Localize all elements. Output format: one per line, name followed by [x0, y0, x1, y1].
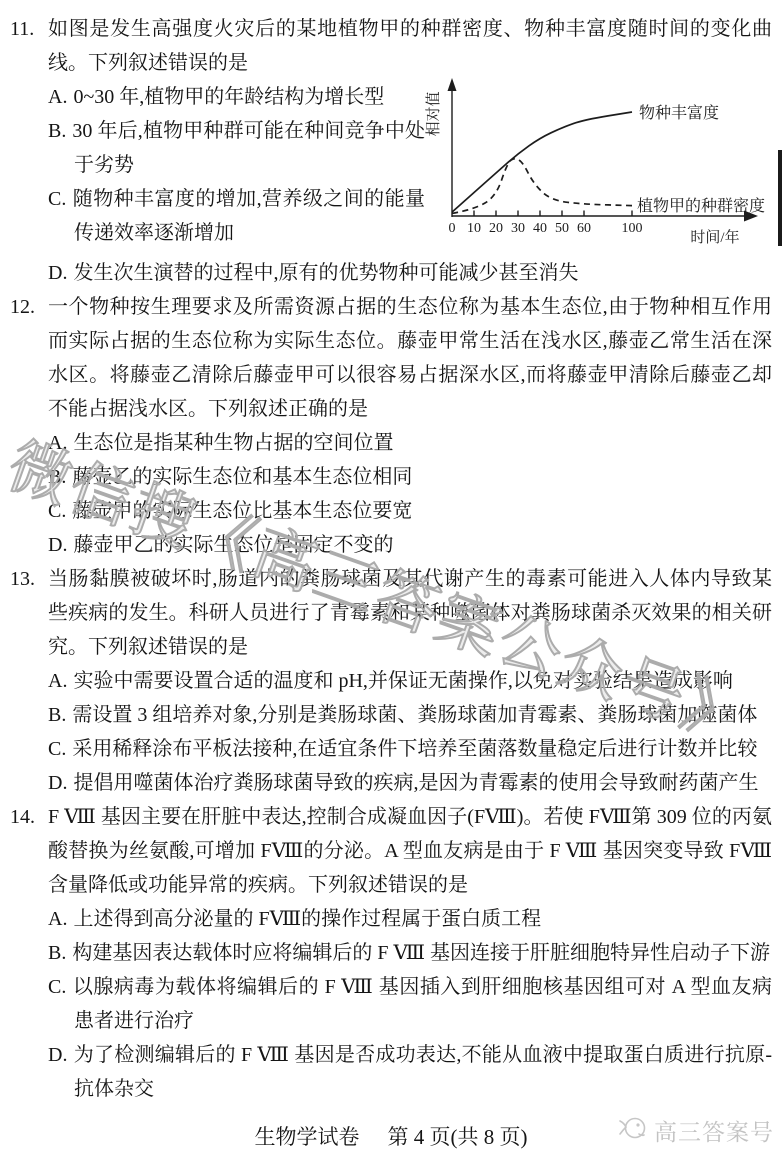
option-text: 提倡用噬菌体治疗粪肠球菌导致的疾病,是因为青霉素的使用会导致耐药菌产生 — [73, 772, 758, 794]
option-label: C. — [48, 976, 66, 998]
publisher-label: 高三答案号 — [654, 1116, 774, 1150]
x-tick-label: 10 — [467, 221, 481, 236]
density-curve-label: 植物甲的种群密度 — [637, 197, 765, 215]
question-stem: 12. 一个物种按生理要求及所需资源占据的生态位称为基本生态位,由于物种相互作用… — [10, 290, 772, 426]
question-number: 14. — [10, 800, 35, 834]
option-row: D.藤壶甲乙的实际生态位是固定不变的 — [10, 528, 772, 562]
x-tick-label: 0 — [449, 221, 456, 236]
succession-line-chart: 相对值 时间/年 0102030405060100 物种丰富度 植物甲的种群密度 — [427, 78, 772, 256]
density-curve — [452, 159, 632, 214]
chart-series — [452, 112, 632, 213]
exam-page: 11. 如图是发生高强度火灾后的某地植物甲的种群密度、物种丰富度随时间的变化曲线… — [0, 0, 782, 1168]
option-row: A.生态位是指某种生物占据的空间位置 — [10, 426, 772, 460]
question-12: 12. 一个物种按生理要求及所需资源占据的生态位称为基本生态位,由于物种相互作用… — [10, 290, 772, 562]
x-tick-label: 40 — [533, 221, 547, 236]
x-tick-label: 50 — [555, 221, 569, 236]
option-row: A.上述得到高分泌量的 FⅧ的操作过程属于蛋白质工程 — [10, 902, 772, 936]
option-row: D.提倡用噬菌体治疗粪肠球菌导致的疾病,是因为青霉素的使用会导致耐药菌产生 — [10, 766, 772, 800]
paper-title: 生物学试卷 — [255, 1125, 360, 1149]
question-number: 11. — [10, 12, 34, 46]
option-text: 0~30 年,植物甲的年龄结构为增长型 — [73, 86, 384, 108]
x-tick-label: 20 — [489, 221, 503, 236]
option-text: 藤壶甲乙的实际生态位是固定不变的 — [73, 534, 393, 556]
option-label: A. — [48, 86, 67, 108]
question-stem-text: 如图是发生高强度火灾后的某地植物甲的种群密度、物种丰富度随时间的变化曲线。下列叙… — [48, 18, 772, 74]
option-row: B.需设置 3 组培养对象,分别是粪肠球菌、粪肠球菌加青霉素、粪肠球菌加噬菌体 — [10, 698, 772, 732]
question-11-body: A.0~30 年,植物甲的年龄结构为增长型 B.30 年后,植物甲种群可能在种间… — [10, 80, 772, 256]
option-row: A.0~30 年,植物甲的年龄结构为增长型 — [10, 80, 425, 114]
option-text: 30 年后,植物甲种群可能在种间竞争中处于劣势 — [72, 120, 425, 176]
x-axis-ticks: 0102030405060100 — [449, 211, 643, 237]
option-text: 上述得到高分泌量的 FⅧ的操作过程属于蛋白质工程 — [73, 908, 541, 930]
option-row: B.藤壶乙的实际生态位和基本生态位相同 — [10, 460, 772, 494]
x-tick-label: 30 — [511, 221, 525, 236]
y-axis-label: 相对值 — [424, 91, 442, 136]
question-11: 11. 如图是发生高强度火灾后的某地植物甲的种群密度、物种丰富度随时间的变化曲线… — [10, 12, 772, 290]
option-label: A. — [48, 670, 67, 692]
option-row: D.发生次生演替的过程中,原有的优势物种可能减少甚至消失 — [10, 256, 772, 290]
option-label: A. — [48, 908, 67, 930]
question-number: 12. — [10, 290, 35, 324]
option-label: C. — [48, 738, 66, 760]
option-label: B. — [48, 942, 66, 964]
option-text: 实验中需要设置合适的温度和 pH,并保证无菌操作,以免对实验结果造成影响 — [73, 670, 732, 692]
option-text: 需设置 3 组培养对象,分别是粪肠球菌、粪肠球菌加青霉素、粪肠球菌加噬菌体 — [72, 704, 757, 726]
option-label: B. — [48, 466, 66, 488]
option-label: C. — [48, 188, 66, 210]
option-label: D. — [48, 772, 67, 794]
option-text: 构建基因表达载体时应将编辑后的 F Ⅷ 基因连接于肝脏细胞特异性启动子下游 — [72, 942, 770, 964]
question-stem-text: 当肠黏膜被破坏时,肠道内的粪肠球菌及其代谢产生的毒素可能进入人体内导致某些疾病的… — [48, 568, 772, 658]
x-axis-label: 时间/年 — [690, 228, 739, 246]
option-row: B.构建基因表达载体时应将编辑后的 F Ⅷ 基因连接于肝脏细胞特异性启动子下游 — [10, 936, 772, 970]
option-text: 为了检测编辑后的 F Ⅷ 基因是否成功表达,不能从血液中提取蛋白质进行抗原-抗体… — [73, 1044, 772, 1100]
option-text: 随物种丰富度的增加,营养级之间的能量传递效率逐渐增加 — [72, 188, 425, 244]
option-row: C.藤壶甲的实际生态位比基本生态位要宽 — [10, 494, 772, 528]
option-text: 以腺病毒为载体将编辑后的 F Ⅷ 基因插入到肝细胞核基因组可对 A 型血友病患者… — [72, 976, 772, 1032]
fish-logo-icon — [617, 1114, 649, 1152]
option-row: C.采用稀释涂布平板法接种,在适宜条件下培养至菌落数量稳定后进行计数并比较 — [10, 732, 772, 766]
x-tick-label: 60 — [577, 221, 591, 236]
publisher-badge: 高三答案号 — [617, 1114, 774, 1152]
option-row: C.随物种丰富度的增加,营养级之间的能量传递效率逐渐增加 — [10, 182, 425, 250]
question-stem-text: 一个物种按生理要求及所需资源占据的生态位称为基本生态位,由于物种相互作用而实际占… — [48, 296, 772, 420]
option-label: D. — [48, 534, 67, 556]
option-text: 采用稀释涂布平板法接种,在适宜条件下培养至菌落数量稳定后进行计数并比较 — [72, 738, 757, 760]
option-label: A. — [48, 432, 67, 454]
option-label: C. — [48, 500, 66, 522]
question-stem: 13. 当肠黏膜被破坏时,肠道内的粪肠球菌及其代谢产生的毒素可能进入人体内导致某… — [10, 562, 772, 664]
option-text: 生态位是指某种生物占据的空间位置 — [73, 432, 393, 454]
option-label: B. — [48, 120, 66, 142]
option-row: D.为了检测编辑后的 F Ⅷ 基因是否成功表达,不能从血液中提取蛋白质进行抗原-… — [10, 1038, 772, 1106]
x-tick-label: 100 — [622, 221, 643, 236]
option-row: A.实验中需要设置合适的温度和 pH,并保证无菌操作,以免对实验结果造成影响 — [10, 664, 772, 698]
scan-artifact — [778, 150, 782, 246]
question-14: 14. F Ⅷ 基因主要在肝脏中表达,控制合成凝血因子(FⅧ)。若使 FⅧ第 3… — [10, 800, 772, 1106]
option-row: B.30 年后,植物甲种群可能在种间竞争中处于劣势 — [10, 114, 425, 182]
question-stem: 14. F Ⅷ 基因主要在肝脏中表达,控制合成凝血因子(FⅧ)。若使 FⅧ第 3… — [10, 800, 772, 902]
option-label: D. — [48, 262, 67, 284]
page-number: 第 4 页(共 8 页) — [388, 1125, 528, 1149]
question-13: 13. 当肠黏膜被破坏时,肠道内的粪肠球菌及其代谢产生的毒素可能进入人体内导致某… — [10, 562, 772, 800]
chart-canvas: 相对值 时间/年 0102030405060100 物种丰富度 植物甲的种群密度 — [427, 78, 772, 256]
option-label: B. — [48, 704, 66, 726]
option-label: D. — [48, 1044, 67, 1066]
richness-curve-label: 物种丰富度 — [639, 103, 719, 122]
option-text: 藤壶乙的实际生态位和基本生态位相同 — [72, 466, 412, 488]
richness-curve — [452, 112, 632, 212]
option-text: 藤壶甲的实际生态位比基本生态位要宽 — [72, 500, 412, 522]
question-stem: 11. 如图是发生高强度火灾后的某地植物甲的种群密度、物种丰富度随时间的变化曲线… — [10, 12, 772, 80]
question-number: 13. — [10, 562, 35, 596]
question-11-options: A.0~30 年,植物甲的年龄结构为增长型 B.30 年后,植物甲种群可能在种间… — [10, 80, 427, 250]
question-stem-text: F Ⅷ 基因主要在肝脏中表达,控制合成凝血因子(FⅧ)。若使 FⅧ第 309 位… — [48, 806, 772, 896]
option-text: 发生次生演替的过程中,原有的优势物种可能减少甚至消失 — [73, 262, 578, 284]
option-row: C.以腺病毒为载体将编辑后的 F Ⅷ 基因插入到肝细胞核基因组可对 A 型血友病… — [10, 970, 772, 1038]
